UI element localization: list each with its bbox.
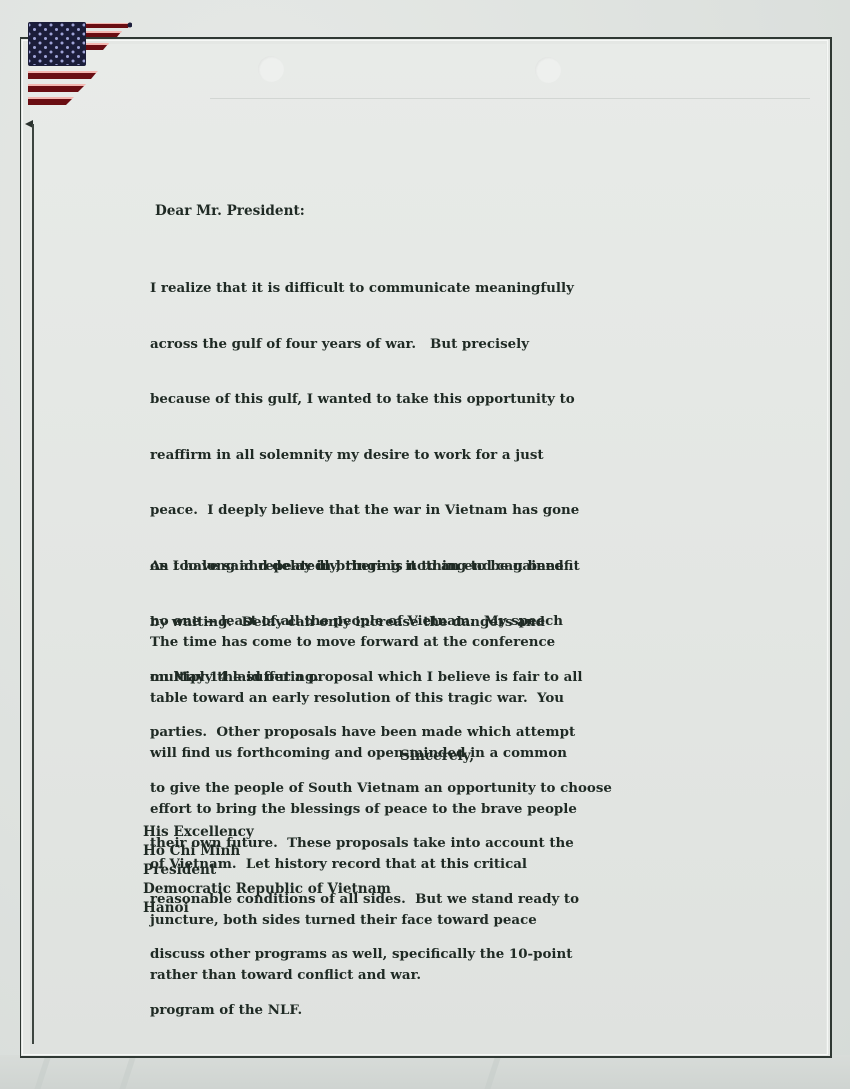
address-line: President: [143, 861, 391, 880]
address-line: Ho Chi Minh: [143, 842, 391, 861]
paragraph-line: I realize that it is difficult to commun…: [150, 279, 612, 298]
paragraph-line: across the gulf of four years of war. Bu…: [150, 335, 612, 354]
paragraph-line: will find us forthcoming and open-minded…: [150, 744, 577, 763]
floor-shadow: [0, 1055, 850, 1089]
punch-hole: [535, 57, 561, 83]
punch-hole: [258, 56, 284, 82]
floor-streak: [34, 1055, 51, 1089]
paragraph-line: peace. I deeply believe that the war in …: [150, 501, 612, 520]
paragraph-line: The time has come to move forward at the…: [150, 633, 577, 652]
paragraph-3: The time has come to move forward at the…: [150, 596, 577, 1003]
paragraph-line: reaffirm in all solemnity my desire to w…: [150, 446, 612, 465]
salutation: Dear Mr. President:: [155, 203, 305, 219]
inner-margin-rule: [32, 124, 34, 1044]
paragraph-line: As I have said repeatedly, there is noth…: [150, 557, 564, 576]
us-flag-corner-icon: [26, 22, 132, 110]
address-line: Hanoi: [143, 899, 391, 918]
paragraph-line: rather than toward conflict and war.: [150, 966, 577, 985]
paragraph-line: because of this gulf, I wanted to take t…: [150, 390, 612, 409]
faint-fold-line: [210, 98, 810, 99]
paragraph-line: table toward an early resolution of this…: [150, 689, 577, 708]
closing: Sincerely,: [400, 748, 474, 764]
paragraph-line: effort to bring the blessings of peace t…: [150, 800, 577, 819]
floor-streak: [119, 1055, 136, 1089]
floor-streak: [484, 1055, 501, 1089]
recipient-address: His Excellency Ho Chi Minh President Dem…: [143, 823, 391, 918]
address-line: His Excellency: [143, 823, 391, 842]
paragraph-line: program of the NLF.: [150, 1001, 612, 1020]
address-line: Democratic Republic of Vietnam: [143, 880, 391, 899]
